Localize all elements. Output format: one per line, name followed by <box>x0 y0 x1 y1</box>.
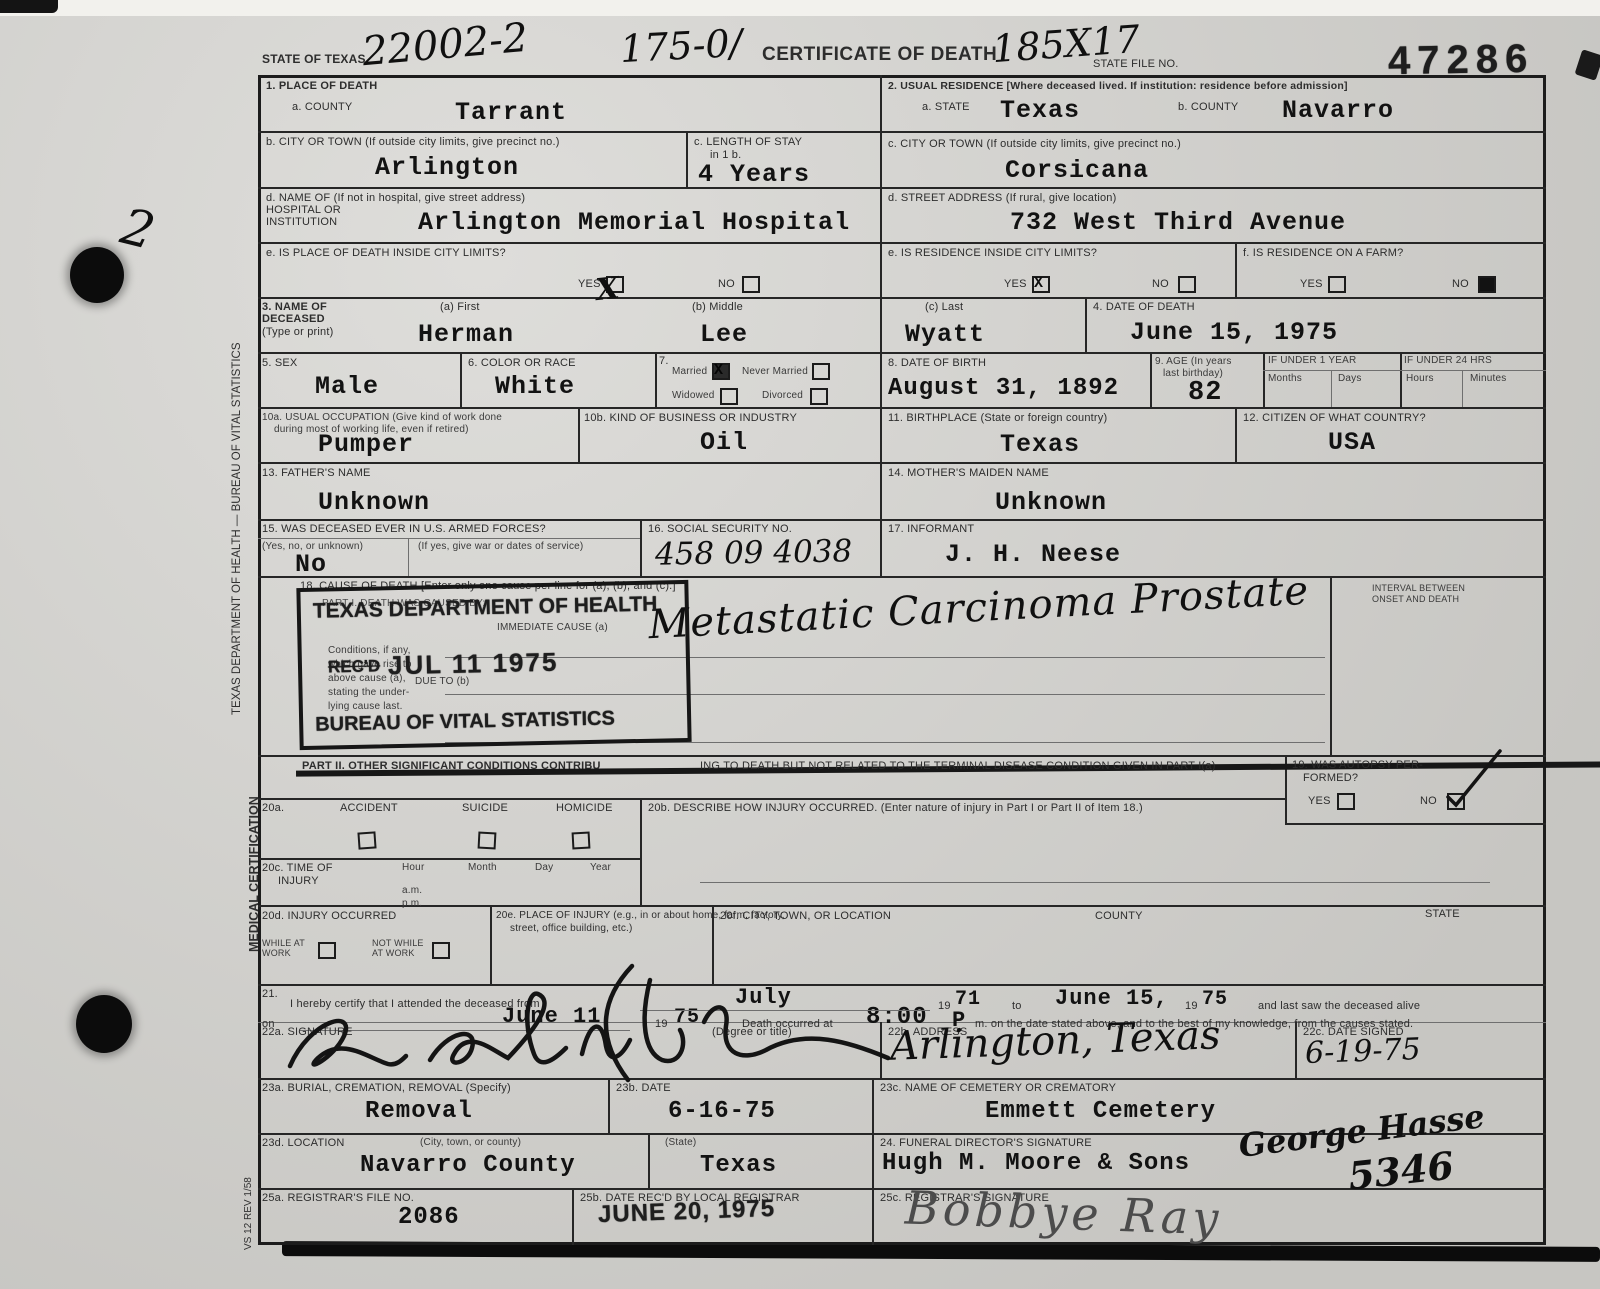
place-of-death-header: 1. PLACE OF DEATH <box>266 80 377 92</box>
physician-signature <box>280 958 920 1088</box>
injury-20d-label: 20d. INJURY OCCURRED <box>262 910 396 922</box>
first-name-value: Herman <box>418 320 514 349</box>
never-married-checkbox <box>812 363 830 380</box>
minutes-label: Minutes <box>1470 373 1506 384</box>
date-of-birth-value: August 31, 1892 <box>888 375 1119 402</box>
location-state-value: Texas <box>700 1152 777 1179</box>
injury-20c-label: 20c. TIME OF <box>262 862 333 874</box>
while-at-work-checkbox <box>318 942 336 959</box>
months-label: Months <box>1268 373 1302 384</box>
burial-date-value: 6-16-75 <box>668 1098 776 1125</box>
armed-forces-value: No <box>295 550 327 579</box>
farm-yes-checkbox <box>1328 276 1346 293</box>
marital-label: 7. <box>659 355 669 367</box>
suicide-label: SUICIDE <box>462 802 508 814</box>
name-header-2: DECEASED <box>262 313 325 325</box>
death-limits-no-checkbox <box>742 276 760 293</box>
never-married-label: Never Married <box>742 366 808 377</box>
day-label: Day <box>535 862 553 873</box>
residence-limits-yes-label: YES <box>1004 278 1027 290</box>
cert-yr-2: 19 <box>1185 1000 1198 1012</box>
death-limits-hand-x: X <box>594 271 621 308</box>
length-of-stay-label: c. LENGTH OF STAY <box>694 136 802 148</box>
informant-label: 17. INFORMANT <box>888 523 974 535</box>
middle-name-label: (b) Middle <box>692 301 743 313</box>
autopsy-yes-checkbox <box>1337 793 1355 810</box>
citizen-label: 12. CITIZEN OF WHAT COUNTRY? <box>1243 412 1426 424</box>
residence-city-label: c. CITY OR TOWN (If outside city limits,… <box>888 138 1181 150</box>
am-label: a.m. <box>402 885 422 896</box>
armed-forces-sub-2: (If yes, give war or dates of service) <box>418 541 583 552</box>
mother-name-value: Unknown <box>995 488 1107 517</box>
sex-value: Male <box>315 372 379 401</box>
state-file-no-label: STATE FILE NO. <box>1093 58 1179 70</box>
registrar-signature-value: Bobbye Ray <box>904 1180 1223 1245</box>
scan-corner-smudge-right <box>1575 49 1600 81</box>
hours-label: Hours <box>1406 373 1434 384</box>
date-of-death-label: 4. DATE OF DEATH <box>1093 301 1195 313</box>
widowed-checkbox <box>720 388 738 405</box>
certificate-title: CERTIFICATE OF DEATH <box>762 44 997 66</box>
name-header: 3. NAME OF <box>262 301 327 313</box>
residence-limits-no-checkbox <box>1178 276 1196 293</box>
pm-label: p.m. <box>402 898 422 909</box>
injury-20a-label: 20a. <box>262 802 284 814</box>
month-label: Month <box>468 862 497 873</box>
interval-label-2: ONSET AND DEATH <box>1372 594 1459 604</box>
death-city-label: b. CITY OR TOWN (If outside city limits,… <box>266 136 560 148</box>
cemetery-label: 23c. NAME OF CEMETERY OR CREMATORY <box>880 1082 1116 1094</box>
divorced-checkbox <box>810 388 828 405</box>
death-limits-no-label: NO <box>718 278 735 290</box>
married-label: Married <box>672 366 707 377</box>
suicide-checkbox <box>478 832 497 850</box>
ssn-value: 458 09 4038 <box>655 533 853 572</box>
father-name-value: Unknown <box>318 488 430 517</box>
citizen-value: USA <box>1328 428 1376 457</box>
ssn-label: 16. SOCIAL SECURITY NO. <box>648 523 792 535</box>
interval-label-1: INTERVAL BETWEEN <box>1372 583 1465 593</box>
residence-state-value: Texas <box>1000 96 1080 125</box>
cert-to: to <box>1012 1000 1022 1012</box>
occupation-label: 10a. USUAL OCCUPATION (Give kind of work… <box>262 412 502 423</box>
injury-state-label: STATE <box>1425 908 1460 920</box>
under-24-hrs-header: IF UNDER 24 HRS <box>1404 355 1492 366</box>
occupation-value: Pumper <box>318 430 414 459</box>
farm-no-label: NO <box>1452 278 1469 290</box>
state-of-texas-label: STATE OF TEXAS <box>262 52 366 66</box>
burial-date-label: 23b. DATE <box>616 1082 671 1094</box>
form-code-vertical-label: VS 12 REV 1/58 <box>243 1115 254 1250</box>
injury-20c-label-2: INJURY <box>278 875 319 887</box>
death-certificate-scan: 2 TEXAS DEPARTMENT OF HEALTH — BUREAU OF… <box>0 0 1600 1289</box>
birthplace-label: 11. BIRTHPLACE (State or foreign country… <box>888 412 1107 424</box>
location-label: 23d. LOCATION <box>262 1137 344 1149</box>
accident-label: ACCIDENT <box>340 802 398 814</box>
length-of-stay-value: 4 Years <box>698 160 810 189</box>
residence-limits-yes-checkbox: X <box>1032 276 1050 293</box>
hospital-label-2: HOSPITAL OR <box>266 204 341 216</box>
hole-punch-bottom <box>76 995 132 1053</box>
name-header-3: (Type or print) <box>262 326 333 338</box>
cert-alive: and last saw the deceased alive <box>1258 1000 1420 1012</box>
residence-limits-yes-mark: X <box>1034 275 1043 292</box>
father-name-label: 13. FATHER'S NAME <box>262 467 371 479</box>
last-name-value: Wyatt <box>905 320 985 349</box>
stamp-line-bureau: BUREAU OF VITAL STATISTICS <box>315 707 615 736</box>
not-while-label-2: AT WORK <box>372 948 415 958</box>
hospital-value: Arlington Memorial Hospital <box>418 208 850 237</box>
race-label: 6. COLOR OR RACE <box>468 357 576 369</box>
handwritten-code-mid: 175-0/ <box>619 21 743 71</box>
not-while-checkbox <box>432 942 450 959</box>
part2-label-rest: ING TO DEATH BUT NOT RELATED TO THE TERM… <box>700 760 1216 772</box>
location-state-label: (State) <box>665 1137 696 1148</box>
hospital-label-3: INSTITUTION <box>266 216 337 228</box>
margin-hand-mark: 2 <box>115 197 160 261</box>
handwritten-code-left: 22002-2 <box>360 15 530 75</box>
scan-top-band <box>0 0 1600 16</box>
stamp-line-date: JUL 11 1975 <box>388 647 559 682</box>
injury-20b-label: 20b. DESCRIBE HOW INJURY OCCURRED. (Ente… <box>648 802 1143 814</box>
race-value: White <box>495 372 575 401</box>
cemetery-value: Emmett Cemetery <box>985 1098 1216 1125</box>
burial-value: Removal <box>365 1098 473 1125</box>
industry-label: 10b. KIND OF BUSINESS OR INDUSTRY <box>584 412 797 424</box>
homicide-label: HOMICIDE <box>556 802 613 814</box>
married-mark: X <box>714 362 723 379</box>
injury-county-label: COUNTY <box>1095 910 1143 922</box>
sex-label: 5. SEX <box>262 357 297 369</box>
residence-city-value: Corsicana <box>1005 156 1149 185</box>
residence-state-label: a. STATE <box>922 101 970 113</box>
residence-county-value: Navarro <box>1282 96 1394 125</box>
widowed-label: Widowed <box>672 390 715 401</box>
county-label: a. COUNTY <box>292 101 352 113</box>
armed-forces-label: 15. WAS DECEASED EVER IN U.S. ARMED FORC… <box>262 523 546 535</box>
hospital-label: d. NAME OF (If not in hospital, give str… <box>266 192 525 204</box>
homicide-checkbox <box>572 832 591 850</box>
county-value: Tarrant <box>455 98 567 127</box>
funeral-director-label: 24. FUNERAL DIRECTOR'S SIGNATURE <box>880 1137 1092 1149</box>
residence-limits-no-label: NO <box>1152 278 1169 290</box>
residence-county-label: b. COUNTY <box>1178 101 1238 113</box>
registrar-file-no-value: 2086 <box>398 1204 460 1231</box>
while-at-work-label: WHILE AT <box>262 938 305 948</box>
date-signed-value: 6-19-75 <box>1304 1032 1421 1071</box>
residence-farm-label: f. IS RESIDENCE ON A FARM? <box>1243 247 1403 259</box>
informant-value: J. H. Neese <box>945 540 1121 569</box>
death-city-value: Arlington <box>375 153 519 182</box>
stamp-line-agency: TEXAS DEPARTMENT OF HEALTH <box>313 593 658 624</box>
farm-no-checkbox <box>1478 276 1496 293</box>
location-sub-label: (City, town, or county) <box>420 1137 521 1148</box>
injury-20e-label-2: street, office building, etc.) <box>510 923 633 934</box>
registrar-file-no-label: 25a. REGISTRAR'S FILE NO. <box>262 1192 414 1204</box>
age-value: 82 <box>1188 378 1222 408</box>
location-value: Navarro County <box>360 1152 576 1179</box>
autopsy-no-label: NO <box>1420 795 1437 807</box>
injury-20f-label: 20f. CITY, TOWN, OR LOCATION <box>720 910 891 922</box>
year-label: Year <box>590 862 611 873</box>
cert-to-yy: 75 <box>1202 988 1228 1011</box>
stamp-line-recd: REC'D <box>328 656 381 677</box>
autopsy-label-1: 19. WAS AUTOPSY PER- <box>1292 759 1423 771</box>
married-checkbox: X <box>712 363 730 380</box>
autopsy-yes-label: YES <box>1308 795 1331 807</box>
not-while-label: NOT WHILE <box>372 938 424 948</box>
under-1-year-header: IF UNDER 1 YEAR <box>1268 355 1356 366</box>
received-stamp-box: TEXAS DEPARTMENT OF HEALTH REC'D JUL 11 … <box>296 580 691 750</box>
cert-to-date: June 15, <box>1055 986 1169 1011</box>
age-label: 9. AGE (In years <box>1155 356 1232 367</box>
residence-limits-label: e. IS RESIDENCE INSIDE CITY LIMITS? <box>888 247 1097 259</box>
hole-punch-top <box>70 247 124 303</box>
hour-label: Hour <box>402 862 424 873</box>
last-name-label: (c) Last <box>925 301 963 313</box>
burial-label: 23a. BURIAL, CREMATION, REMOVAL (Specify… <box>262 1082 511 1094</box>
date-of-birth-label: 8. DATE OF BIRTH <box>888 357 986 369</box>
funeral-director-value: Hugh M. Moore & Sons <box>882 1150 1190 1177</box>
usual-residence-header: 2. USUAL RESIDENCE [Where deceased lived… <box>888 80 1348 92</box>
scan-corner-smudge-left <box>0 0 58 13</box>
industry-value: Oil <box>700 428 748 457</box>
farm-yes-label: YES <box>1300 278 1323 290</box>
birthplace-value: Texas <box>1000 430 1080 459</box>
street-address-label: d. STREET ADDRESS (If rural, give locati… <box>888 192 1116 204</box>
cert-21-num: 21. <box>262 988 278 1000</box>
mother-name-label: 14. MOTHER'S MAIDEN NAME <box>888 467 1049 479</box>
autopsy-label-2: FORMED? <box>1303 772 1358 784</box>
cert-yr-1: 19 <box>938 1000 951 1012</box>
street-address-value: 732 West Third Avenue <box>1010 208 1346 237</box>
divorced-label: Divorced <box>762 390 803 401</box>
while-at-work-label-2: WORK <box>262 948 291 958</box>
middle-name-value: Lee <box>700 320 748 349</box>
days-label: Days <box>1338 373 1362 384</box>
accident-checkbox <box>357 831 376 849</box>
date-of-death-value: June 15, 1975 <box>1130 318 1338 347</box>
autopsy-no-check-mark <box>1440 745 1510 815</box>
agency-vertical-label: TEXAS DEPARTMENT OF HEALTH — BUREAU OF V… <box>231 245 243 715</box>
first-name-label: (a) First <box>440 301 480 313</box>
death-city-limits-label: e. IS PLACE OF DEATH INSIDE CITY LIMITS? <box>266 247 506 259</box>
